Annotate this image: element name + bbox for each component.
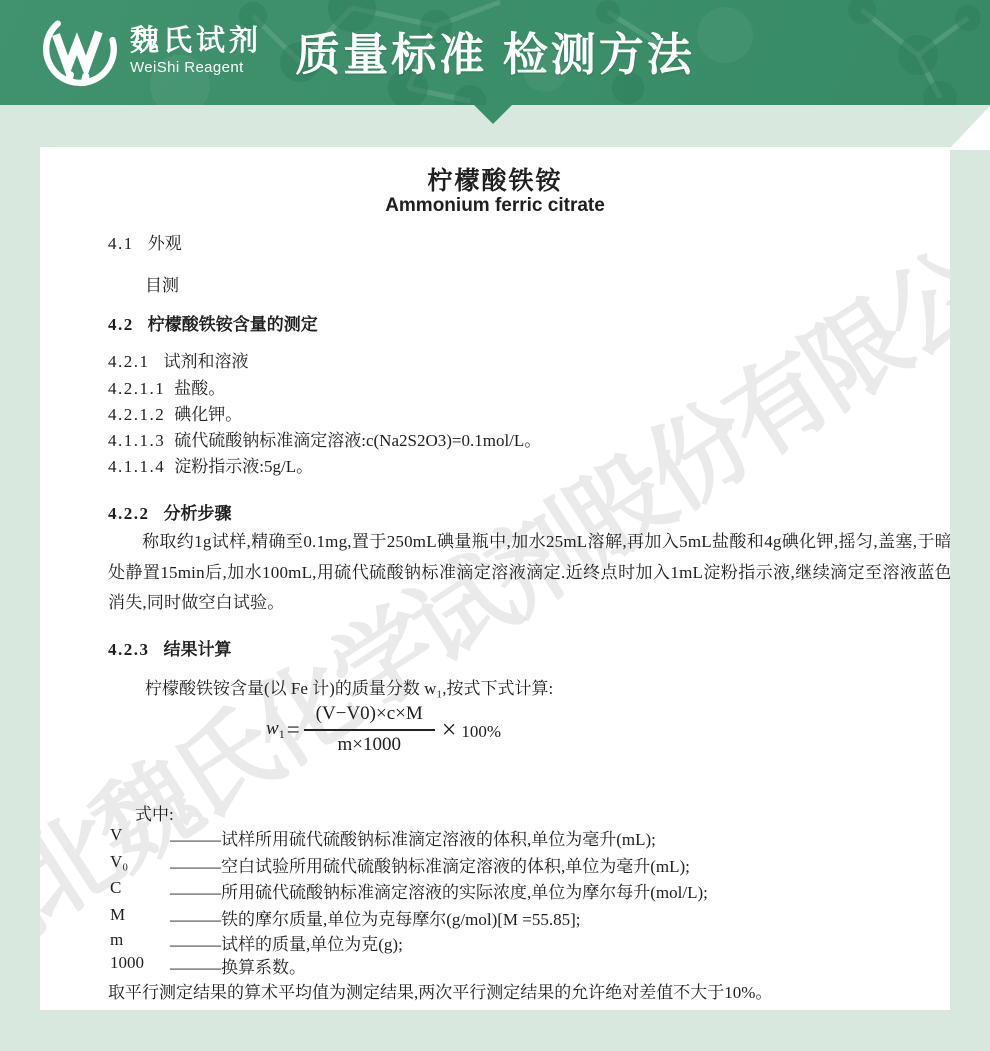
formula-subscript: 1: [279, 727, 285, 741]
reagent-item: 4.2.1.2碘化钾。: [108, 400, 242, 425]
section-label: 试剂和溶液: [164, 352, 249, 371]
item-number: 4.2.1.1: [108, 379, 165, 398]
band-corner-notch: [948, 106, 990, 150]
formula-numerator: (V−V0)×c×M: [304, 703, 435, 731]
formula: w1 = (V−V0)×c×M m×1000 × 100%: [266, 703, 501, 756]
section-label: 结果计算: [164, 640, 232, 659]
section-4-1-body: 目测: [145, 271, 179, 296]
item-text: 硫代硫酸钠标准滴定溶液:c(Na2S2O3)=0.1mol/L。: [174, 431, 541, 450]
header-arrow-down-icon: [474, 105, 512, 124]
item-number: 4.1.1.4: [108, 457, 165, 476]
closing-statement: 取平行测定结果的算术平均值为测定结果,两次平行测定结果的允许绝对差值不大于10%…: [108, 978, 772, 1003]
section-number: 4.2.2: [108, 504, 150, 523]
reagent-item: 4.1.1.4淀粉指示液:5g/L。: [108, 452, 313, 477]
section-4-2-1-heading: 4.2.1试剂和溶液: [108, 347, 249, 372]
item-number: 4.1.1.3: [108, 431, 165, 450]
formula-denominator: m×1000: [304, 731, 435, 756]
formula-fraction: (V−V0)×c×M m×1000: [304, 703, 435, 756]
formula-percent: 100%: [461, 722, 501, 742]
definition-symbol: C: [110, 878, 170, 903]
where-label: 式中:: [135, 800, 174, 825]
definition-text: ———试样的质量,单位为克(g);: [170, 930, 403, 955]
definition-symbol: V: [110, 825, 170, 850]
section-label: 外观: [148, 234, 182, 253]
definition-row: 1000———换算系数。: [110, 953, 306, 978]
definition-symbol: m: [110, 930, 170, 955]
definition-symbol: 1000: [110, 953, 170, 978]
definition-row: m———试样的质量,单位为克(g);: [110, 930, 403, 955]
section-4-2-3-heading: 4.2.3结果计算: [108, 635, 232, 660]
section-label: 柠檬酸铁铵含量的测定: [148, 315, 318, 334]
section-number: 4.2.1: [108, 352, 150, 371]
definition-text: ———换算系数。: [170, 953, 306, 978]
definition-row: V———试样所用硫代硫酸钠标准滴定溶液的体积,单位为毫升(mL);: [110, 825, 656, 850]
header-banner: 魏氏试剂 WeiShi Reagent 质量标准 检测方法: [0, 0, 990, 105]
formula-intro: 柠檬酸铁铵含量(以 Fe 计)的质量分数 w₁,按式下式计算:: [145, 674, 553, 699]
definition-row: V₀———空白试验所用硫代硫酸钠标准滴定溶液的体积,单位为毫升(mL);: [110, 852, 690, 877]
section-number: 4.1: [108, 234, 134, 253]
section-number: 4.2: [108, 315, 134, 334]
definition-text: ———所用硫代硫酸钠标准滴定溶液的实际浓度,单位为摩尔每升(mol/L);: [170, 878, 708, 903]
definition-row: C———所用硫代硫酸钠标准滴定溶液的实际浓度,单位为摩尔每升(mol/L);: [110, 878, 708, 903]
definition-text: ———试样所用硫代硫酸钠标准滴定溶液的体积,单位为毫升(mL);: [170, 825, 656, 850]
formula-lhs: w1: [266, 718, 285, 742]
section-4-2-heading: 4.2柠檬酸铁铵含量的测定: [108, 310, 318, 335]
item-text: 淀粉指示液:5g/L。: [174, 457, 313, 476]
item-text: 碘化钾。: [174, 405, 242, 424]
document-card: 柠檬酸铁铵 Ammonium ferric citrate 4.1外观 目测 4…: [40, 147, 950, 1010]
formula-equals: =: [287, 717, 300, 743]
reagent-item: 4.2.1.1盐酸。: [108, 374, 225, 399]
document-title-en: Ammonium ferric citrate: [40, 195, 950, 217]
section-4-1-heading: 4.1外观: [108, 229, 182, 254]
item-text: 盐酸。: [174, 379, 225, 398]
section-4-2-2-heading: 4.2.2分析步骤: [108, 499, 232, 524]
definition-symbol: M: [110, 905, 170, 930]
analysis-procedure-paragraph: 称取约1g试样,精确至0.1mg,置于250mL碘量瓶中,加水25mL溶解,再加…: [108, 527, 950, 619]
page: { "colors": { "header_green": "#3a8e68",…: [0, 0, 990, 1051]
formula-variable: w: [266, 718, 279, 739]
section-label: 分析步骤: [164, 504, 232, 523]
formula-multiply-sign: ×: [442, 715, 457, 745]
reagent-item: 4.1.1.3硫代硫酸钠标准滴定溶液:c(Na2S2O3)=0.1mol/L。: [108, 426, 541, 451]
section-number: 4.2.3: [108, 640, 150, 659]
document-title-cn: 柠檬酸铁铵: [40, 161, 950, 197]
definition-symbol: V₀: [110, 852, 170, 877]
item-number: 4.2.1.2: [108, 405, 165, 424]
definition-text: ———空白试验所用硫代硫酸钠标准滴定溶液的体积,单位为毫升(mL);: [170, 852, 690, 877]
definition-row: M———铁的摩尔质量,单位为克每摩尔(g/mol)[M =55.85];: [110, 905, 581, 930]
page-title: 质量标准 检测方法: [0, 18, 990, 83]
definition-text: ———铁的摩尔质量,单位为克每摩尔(g/mol)[M =55.85];: [170, 905, 581, 930]
